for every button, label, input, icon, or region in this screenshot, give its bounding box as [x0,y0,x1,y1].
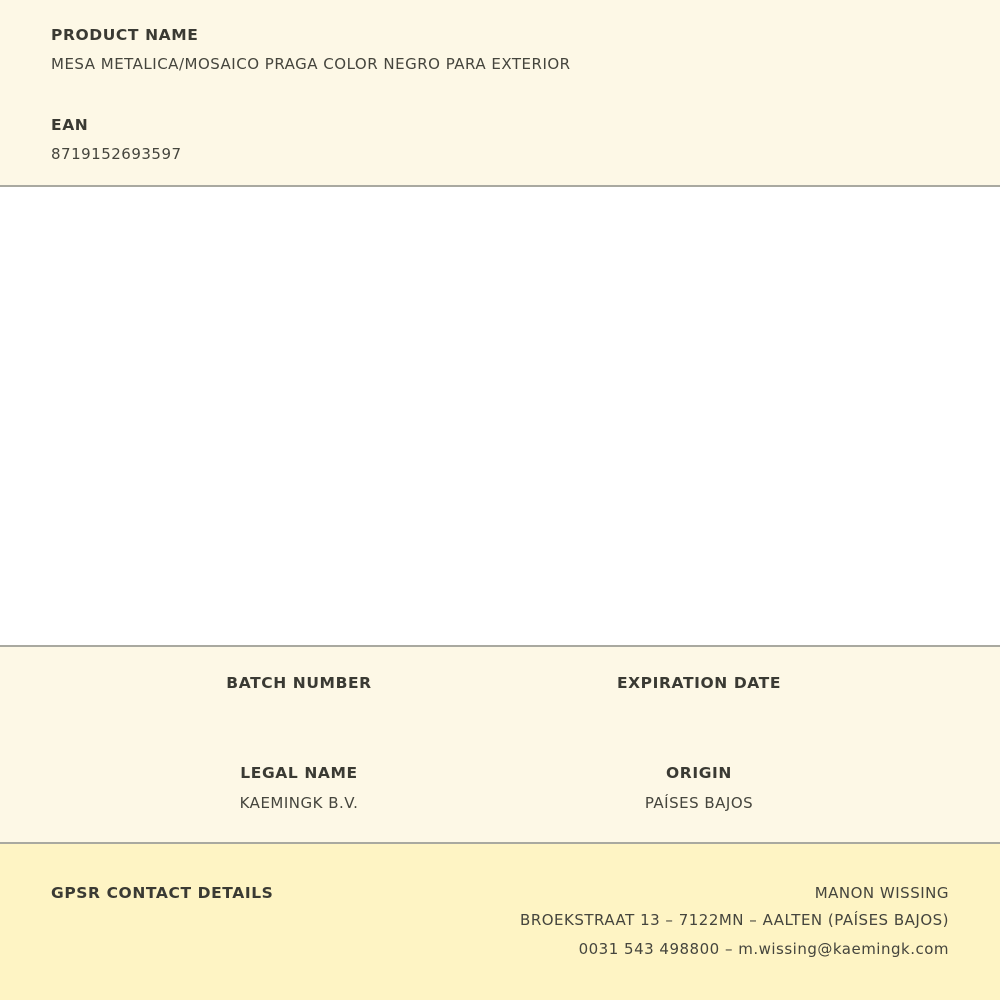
product-info-section: PRODUCT NAME MESA METALICA/MOSAICO PRAGA… [0,0,1000,185]
details-section: BATCH NUMBER EXPIRATION DATE LEGAL NAME … [0,647,1000,842]
gpsr-contact-address: BROEKSTRAAT 13 – 7122MN – AALTEN (PAÍSES… [520,911,949,929]
product-name-value: MESA METALICA/MOSAICO PRAGA COLOR NEGRO … [51,55,571,73]
origin-value: PAÍSES BAJOS [645,794,753,812]
gpsr-contact-phone-email: 0031 543 498800 – m.wissing@kaemingk.com [579,940,949,958]
product-image-area [0,187,1000,645]
legal-name-label: LEGAL NAME [240,764,357,782]
ean-value: 8719152693597 [51,145,182,163]
legal-name-value: KAEMINGK B.V. [240,794,359,812]
product-name-label: PRODUCT NAME [51,26,198,44]
ean-label: EAN [51,116,88,134]
gpsr-contact-name: MANON WISSING [815,884,949,902]
gpsr-contact-section: GPSR CONTACT DETAILS MANON WISSING BROEK… [0,844,1000,1000]
gpsr-contact-label: GPSR CONTACT DETAILS [51,884,273,902]
batch-number-label: BATCH NUMBER [226,674,371,692]
expiration-date-label: EXPIRATION DATE [617,674,781,692]
origin-label: ORIGIN [666,764,732,782]
